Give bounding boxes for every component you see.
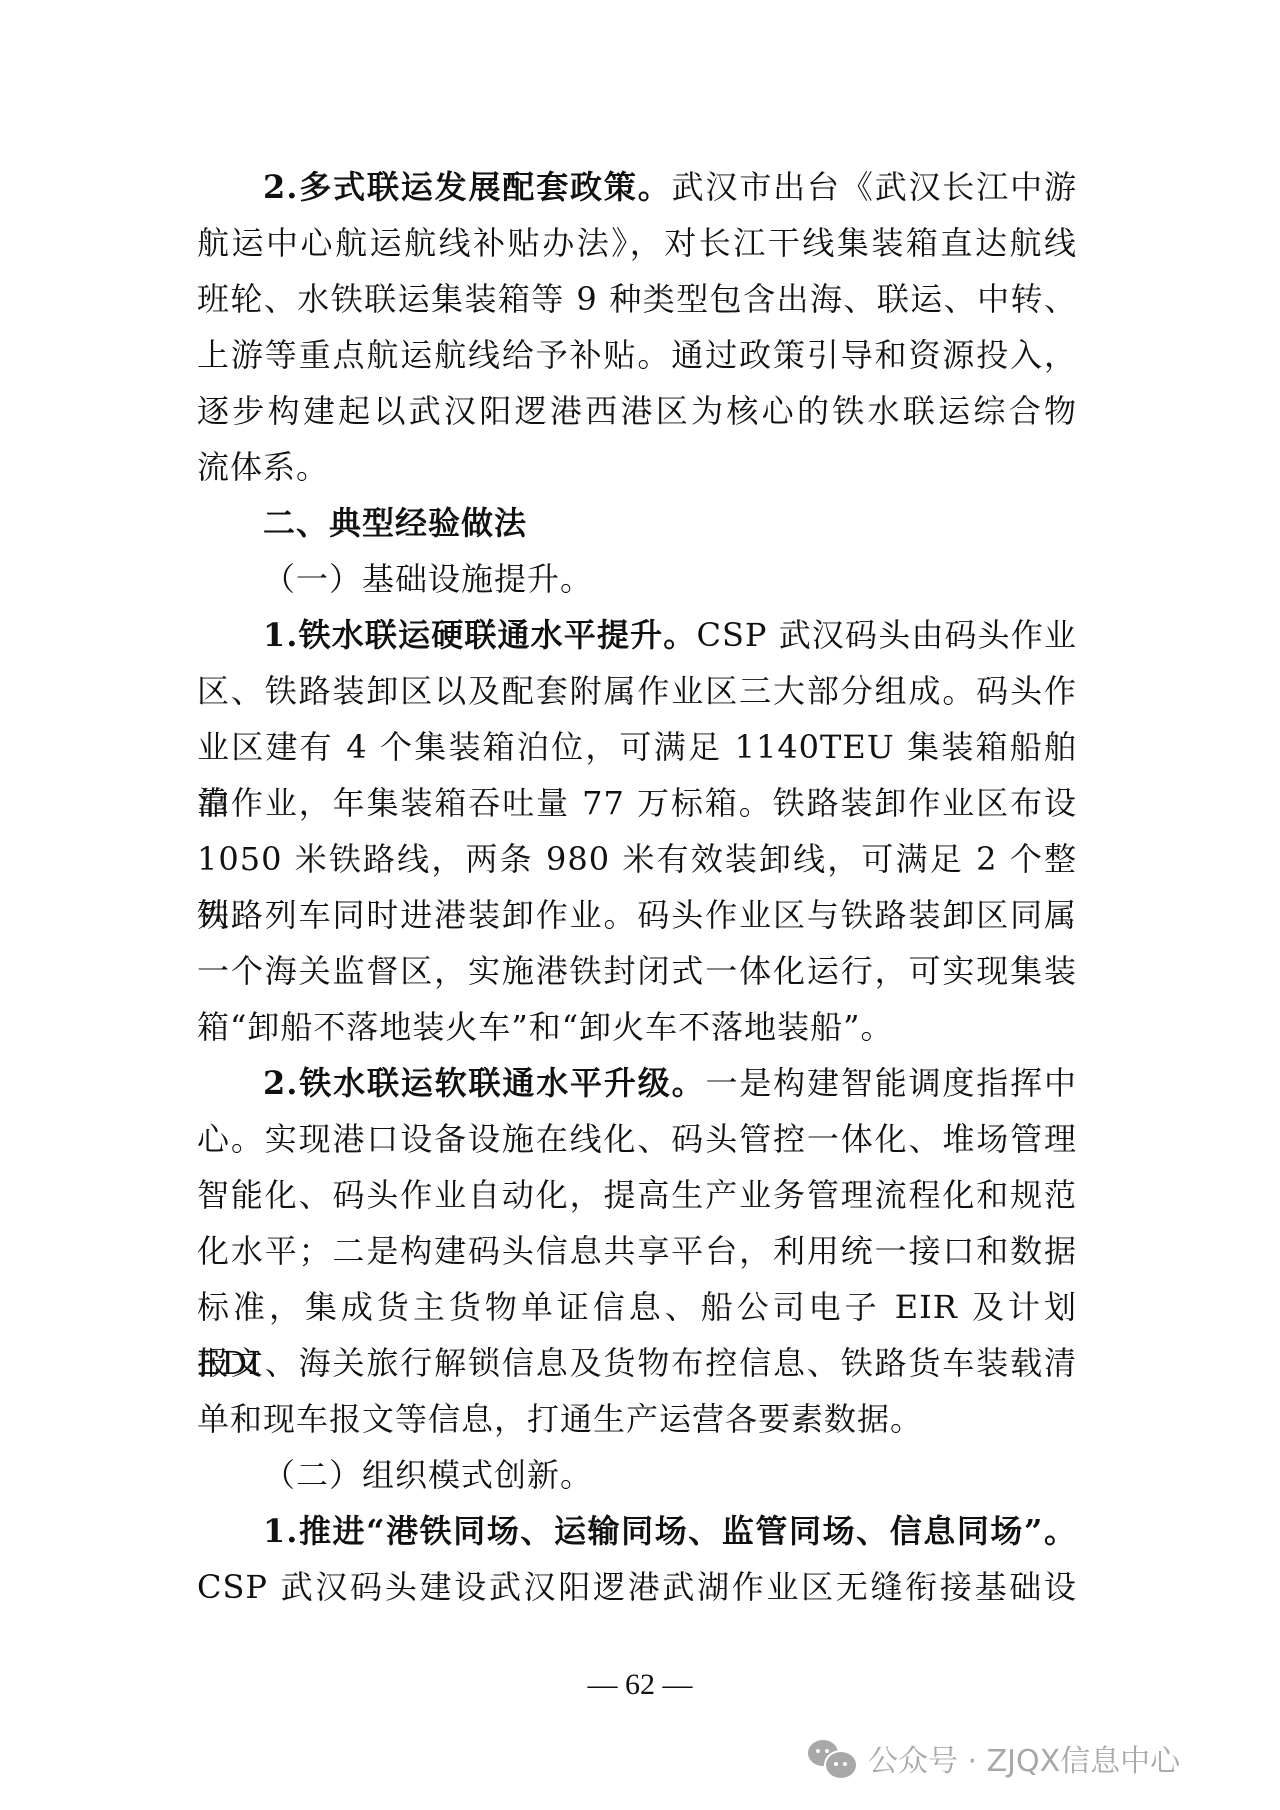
paragraph-line: 化水平；二是构建码头信息共享平台，利用统一接口和数据 (197, 1223, 1077, 1279)
watermark-text: 公众号 · ZJQX信息中心 (868, 1736, 1180, 1780)
paragraph-line: 铁路列车同时进港装卸作业。码头作业区与铁路装卸区同属 (197, 887, 1077, 943)
paragraph-line: 标准，集成货主货物单证信息、船公司电子 EIR 及计划 EDI (197, 1279, 1077, 1335)
paragraph-line: 报文、海关旅行解锁信息及货物布控信息、铁路货车装载清 (197, 1335, 1077, 1391)
paragraph-line: 流体系。 (197, 439, 1077, 495)
paragraph-text: CSP 武汉码头由码头作业 (696, 616, 1077, 654)
paragraph-lead: 2.多式联运发展配套政策。 (263, 168, 672, 206)
subsection-heading: （一）基础设施提升。 (263, 551, 1077, 607)
paragraph-line: 2.铁水联运软联通水平升级。一是构建智能调度指挥中 (263, 1055, 1077, 1111)
paragraph-line: 泊作业，年集装箱吞吐量 77 万标箱。铁路装卸作业区布设 (197, 775, 1077, 831)
paragraph-line: 上游等重点航运航线给予补贴。通过政策引导和资源投入， (197, 327, 1077, 383)
paragraph-line: 单和现车报文等信息，打通生产运营各要素数据。 (197, 1391, 1077, 1447)
paragraph-line: 业区建有 4 个集装箱泊位，可满足 1140TEU 集装箱船舶靠 (197, 719, 1077, 775)
subsection-heading: （二）组织模式创新。 (263, 1447, 1077, 1503)
paragraph-line: 智能化、码头作业自动化，提高生产业务管理流程化和规范 (197, 1167, 1077, 1223)
paragraph-line: 1.推进“港铁同场、运输同场、监管同场、信息同场”。 (263, 1503, 1077, 1559)
paragraph-line: 箱“卸船不落地装火车”和“卸火车不落地装船”。 (197, 999, 1077, 1055)
page-number: — 62 — (560, 1665, 720, 1705)
paragraph-lead: 1.铁水联运硬联通水平提升。 (263, 616, 696, 654)
paragraph-lead: 2.铁水联运软联通水平升级。 (263, 1064, 705, 1102)
section-heading: 二、典型经验做法 (263, 495, 1077, 551)
paragraph-line: 一个海关监督区，实施港铁封闭式一体化运行，可实现集装 (197, 943, 1077, 999)
paragraph-line: 心。实现港口设备设施在线化、码头管控一体化、堆场管理 (197, 1111, 1077, 1167)
paragraph-lead: 1.推进“港铁同场、运输同场、监管同场、信息同场”。 (263, 1512, 1077, 1550)
paragraph-text: 一是构建智能调度指挥中 (705, 1064, 1077, 1102)
wechat-icon (808, 1738, 858, 1778)
document-page: 2.多式联运发展配套政策。武汉市出台《武汉长江中游 航运中心航运航线补贴办法》，… (0, 0, 1280, 1810)
paragraph-line: 逐步构建起以武汉阳逻港西港区为核心的铁水联运综合物 (197, 383, 1077, 439)
paragraph-text: 武汉市出台《武汉长江中游 (672, 168, 1077, 206)
paragraph-line: 2.多式联运发展配套政策。武汉市出台《武汉长江中游 (263, 159, 1077, 215)
paragraph-line: 1.铁水联运硬联通水平提升。CSP 武汉码头由码头作业 (263, 607, 1077, 663)
watermark: 公众号 · ZJQX信息中心 (808, 1738, 1180, 1778)
paragraph-line: 航运中心航运航线补贴办法》，对长江干线集装箱直达航线 (197, 215, 1077, 271)
paragraph-line: 班轮、水铁联运集装箱等 9 种类型包含出海、联运、中转、 (197, 271, 1077, 327)
paragraph-line: 区、铁路装卸区以及配套附属作业区三大部分组成。码头作 (197, 663, 1077, 719)
paragraph-line: 1050 米铁路线，两条 980 米有效装卸线，可满足 2 个整列 (197, 831, 1077, 887)
paragraph-line: CSP 武汉码头建设武汉阳逻港武湖作业区无缝衔接基础设 (197, 1559, 1077, 1615)
